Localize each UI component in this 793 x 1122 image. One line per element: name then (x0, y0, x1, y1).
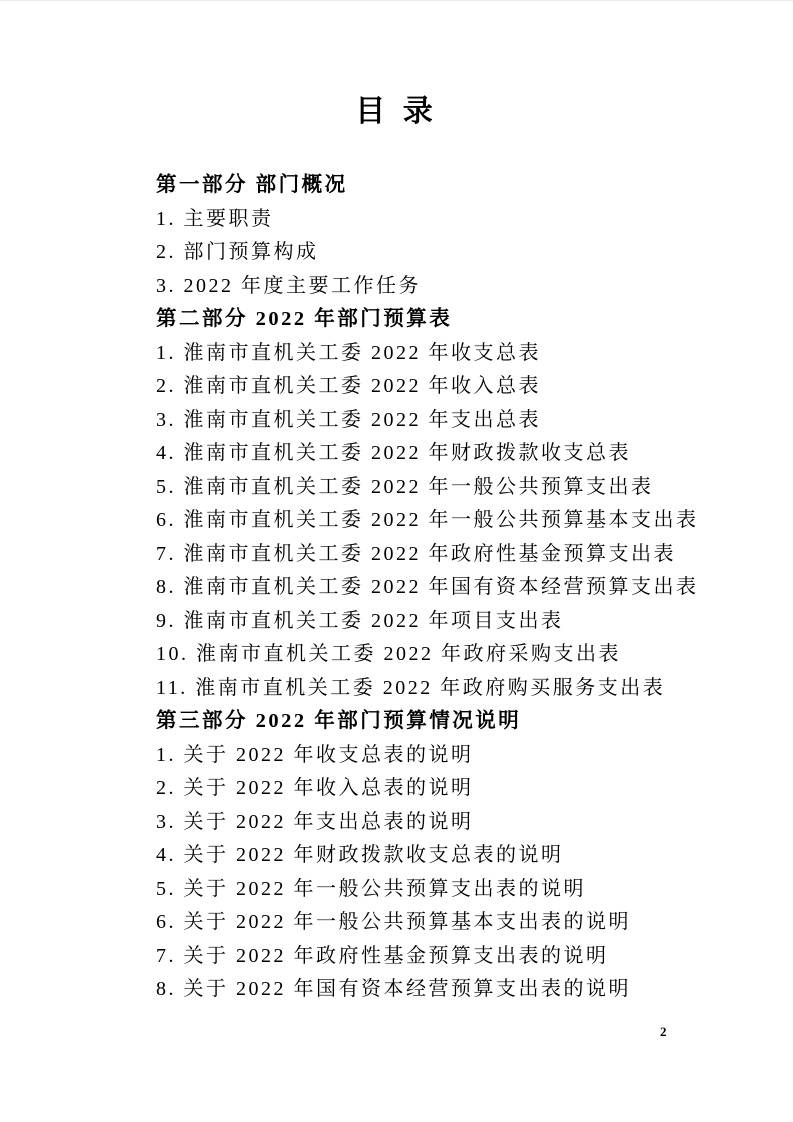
toc-section-heading-part3: 第三部分 2022 年部门预算情况说明 (156, 705, 753, 739)
page-number: 2 (660, 1023, 667, 1041)
table-of-contents: 第一部分 部门概况 1. 主要职责 2. 部门预算构成 3. 2022 年度主要… (156, 169, 753, 1007)
document-page: 目 录 第一部分 部门概况 1. 主要职责 2. 部门预算构成 3. 2022 … (0, 0, 793, 1122)
toc-item: 1. 淮南市直机关工委 2022 年收支总表 (156, 337, 753, 371)
toc-item: 6. 淮南市直机关工委 2022 年一般公共预算基本支出表 (156, 504, 753, 538)
toc-item: 9. 淮南市直机关工委 2022 年项目支出表 (156, 605, 753, 639)
toc-item: 11. 淮南市直机关工委 2022 年政府购买服务支出表 (156, 672, 753, 706)
toc-item: 10. 淮南市直机关工委 2022 年政府采购支出表 (156, 638, 753, 672)
page-title: 目 录 (0, 91, 793, 133)
toc-section-heading-part1: 第一部分 部门概况 (156, 169, 753, 203)
toc-item: 6. 关于 2022 年一般公共预算基本支出表的说明 (156, 906, 753, 940)
toc-item: 2. 部门预算构成 (156, 236, 753, 270)
toc-item: 2. 淮南市直机关工委 2022 年收入总表 (156, 370, 753, 404)
toc-item: 5. 淮南市直机关工委 2022 年一般公共预算支出表 (156, 471, 753, 505)
toc-item: 1. 关于 2022 年收支总表的说明 (156, 739, 753, 773)
toc-section-heading-part2: 第二部分 2022 年部门预算表 (156, 303, 753, 337)
toc-item: 3. 2022 年度主要工作任务 (156, 270, 753, 304)
toc-item: 8. 关于 2022 年国有资本经营预算支出表的说明 (156, 973, 753, 1007)
toc-item: 7. 关于 2022 年政府性基金预算支出表的说明 (156, 940, 753, 974)
toc-item: 8. 淮南市直机关工委 2022 年国有资本经营预算支出表 (156, 571, 753, 605)
toc-item: 5. 关于 2022 年一般公共预算支出表的说明 (156, 873, 753, 907)
toc-item: 2. 关于 2022 年收入总表的说明 (156, 772, 753, 806)
toc-item: 4. 淮南市直机关工委 2022 年财政拨款收支总表 (156, 437, 753, 471)
toc-item: 7. 淮南市直机关工委 2022 年政府性基金预算支出表 (156, 538, 753, 572)
toc-item: 3. 关于 2022 年支出总表的说明 (156, 806, 753, 840)
toc-item: 3. 淮南市直机关工委 2022 年支出总表 (156, 404, 753, 438)
toc-item: 4. 关于 2022 年财政拨款收支总表的说明 (156, 839, 753, 873)
toc-item: 1. 主要职责 (156, 203, 753, 237)
